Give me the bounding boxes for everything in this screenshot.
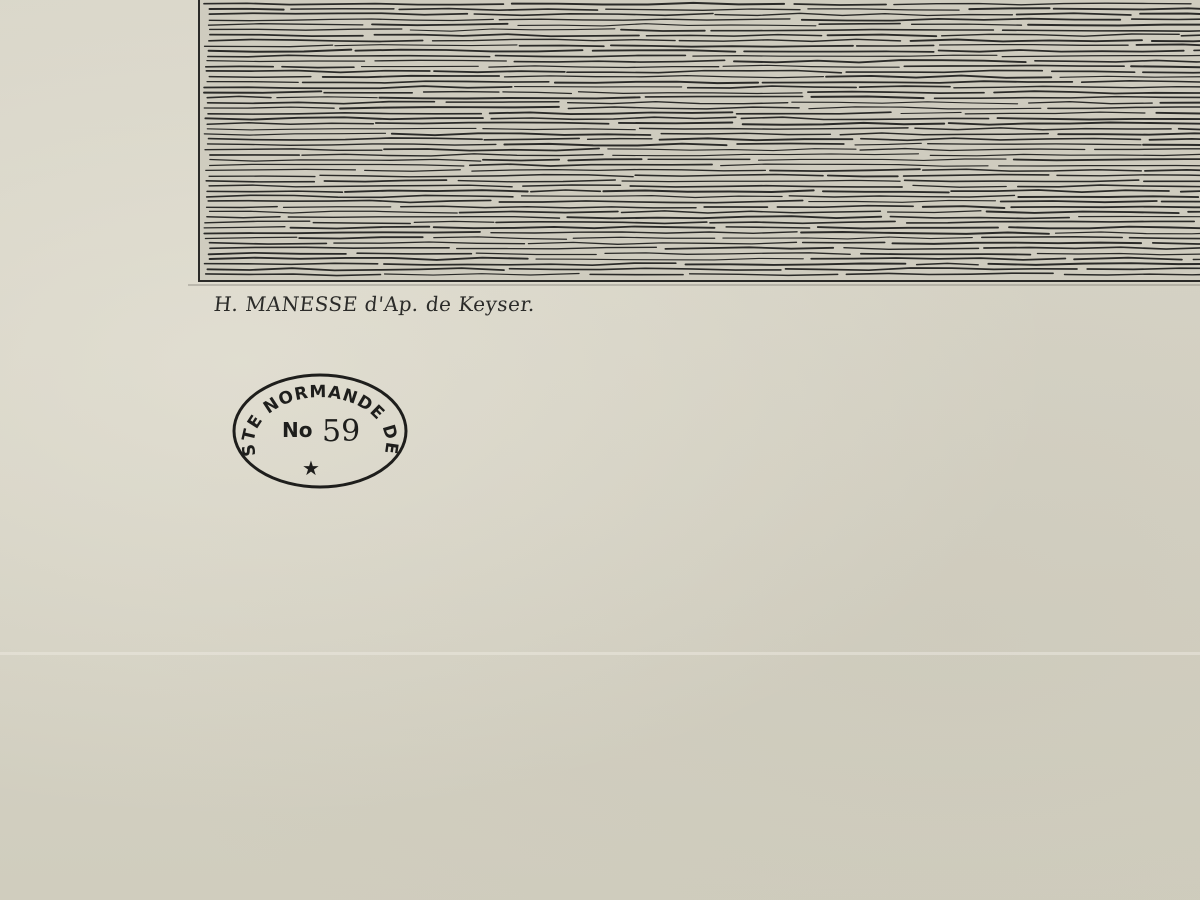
plate-mark	[188, 284, 1200, 286]
paper-fold-crease	[0, 652, 1200, 655]
svg-text:STE NORMANDE DE GRAVURE: STE NORMANDE DE GRAVURE	[230, 371, 401, 466]
hatching-lines	[200, 0, 1200, 280]
collection-stamp: STE NORMANDE DE GRAVURE No 59 ★	[230, 371, 410, 491]
stamp-number-label: No	[282, 418, 312, 442]
stamp-outer-text: STE NORMANDE DE GRAVURE	[230, 371, 401, 466]
etched-plate-area	[198, 0, 1200, 282]
stamp-number: 59	[322, 414, 360, 449]
star-icon: ★	[302, 456, 320, 480]
artist-signature: H. MANESSE d'Ap. de Keyser.	[213, 292, 537, 316]
